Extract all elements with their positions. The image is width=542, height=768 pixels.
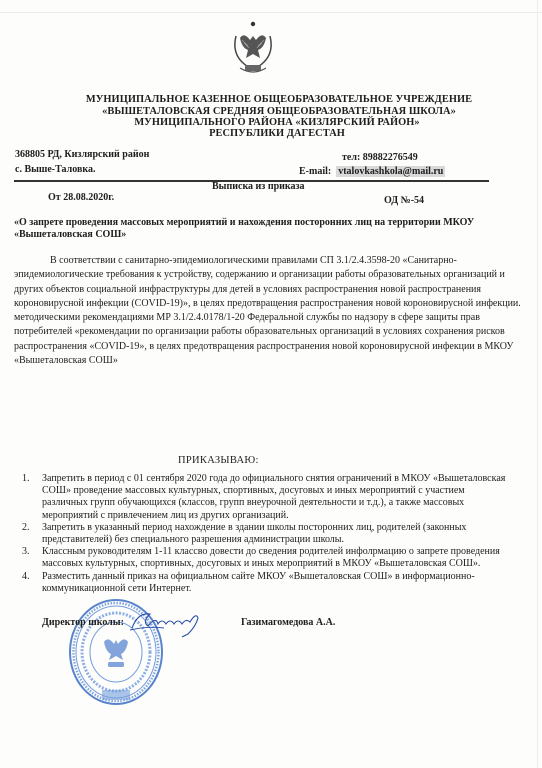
handwritten-signature — [128, 606, 210, 638]
item-text: Запретить в период с 01 сентября 2020 го… — [42, 473, 505, 521]
coat-of-arms-icon — [228, 18, 278, 78]
email: E-mail: vtalovkashkola@mail.ru — [299, 166, 445, 178]
phone: тел: 89882276549 — [342, 152, 418, 164]
list-item: 3.Классным руководителям 1-11 классво до… — [22, 546, 512, 570]
list-item: 4.Разместить данный приказ на официально… — [22, 571, 512, 595]
item-text: Запретить в указанный период нахождение … — [42, 522, 466, 545]
item-text: Классным руководителям 1-11 классво дове… — [42, 546, 500, 569]
item-number: 2. — [22, 522, 30, 534]
item-text: Разместить данный приказ на официальном … — [42, 571, 475, 594]
phone-value: 89882276549 — [363, 152, 418, 163]
order-number: ОД №-54 — [384, 195, 424, 206]
order-items: 1.Запретить в период с 01 сентября 2020 … — [22, 473, 512, 595]
preamble: В соответствии с санитарно-эпидемиологич… — [14, 254, 524, 368]
order-subject: «О запрете проведения массовых мероприят… — [14, 217, 514, 241]
email-value[interactable]: vtalovkashkola@mail.ru — [336, 166, 445, 177]
item-number: 4. — [22, 571, 30, 583]
document-page: МУНИЦИПАЛЬНОЕ КАЗЕННОЕ ОБЩЕОБРАЗОВАТЕЛЬН… — [0, 0, 542, 768]
email-label: E-mail: — [299, 166, 336, 177]
address-line-2: с. Выше-Таловка. — [15, 164, 96, 176]
order-date: От 28.08.2020г. — [48, 192, 114, 203]
extract-title: Выписка из приказа — [212, 181, 305, 192]
signature-label: Директор школы: — [42, 617, 124, 628]
preamble-text: В соответствии с санитарно-эпидемиологич… — [14, 255, 521, 366]
director-name: Газимагомедова А.А. — [241, 617, 335, 628]
address-line-1: 368805 РД, Кизлярский район — [15, 149, 149, 161]
org-name-line-4: РЕСПУБЛИКИ ДАГЕСТАН — [6, 127, 542, 140]
scan-artifact-line — [0, 12, 542, 13]
list-item: 1.Запретить в период с 01 сентября 2020 … — [22, 473, 512, 522]
item-number: 1. — [22, 473, 30, 485]
order-heading: ПРИКАЗЫВАЮ: — [178, 455, 259, 466]
list-item: 2.Запретить в указанный период нахождени… — [22, 522, 512, 546]
phone-label: тел: — [342, 152, 363, 163]
item-number: 3. — [22, 546, 30, 558]
